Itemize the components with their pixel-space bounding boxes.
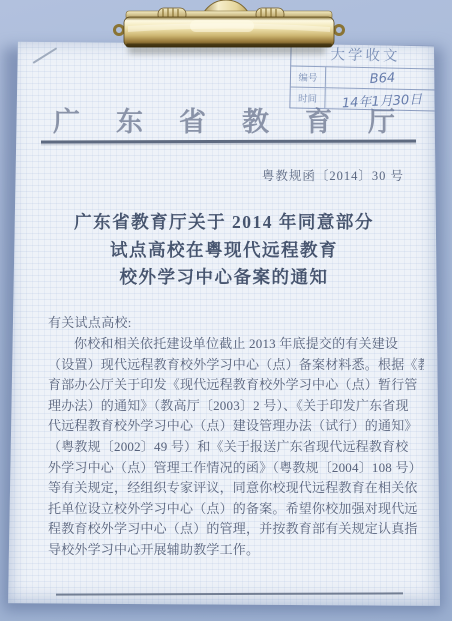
footer-line [56,592,403,595]
doc-number: 粤教规函〔2014〕30 号 [262,166,404,184]
body-line: 程教育校外学习中心（点）的管理，并按教育部有关规定认真指 [48,519,424,540]
salutation: 有关试点高校: [48,312,132,331]
notice-title: 广东省教育厅关于 2014 年同意部分 试点高校在粤现代远程教育 校外学习中心备… [8,209,440,292]
clip-eyelet-left [115,26,124,35]
body-paragraph: 你校和相关依托建设单位截止 2013 年底提交的有关建设 （设置）现代远程教育校… [48,334,424,561]
body-line: 你校和相关依托建设单位截止 2013 年底提交的有关建设 [48,334,424,355]
notice-title-line: 校外学习中心备案的通知 [8,264,440,292]
body-line: 外学习中心（点）管理工作情况的函》（粤教规〔2004〕108 号） [48,458,424,479]
header-divider-line [41,140,416,144]
notice-title-line: 试点高校在粤现代远程教育 [8,237,440,265]
clip-eyelet-right [335,26,344,35]
body-line: 托单位设立校外学习中心（点）的备案。希望你校加强对现代远 [48,499,424,520]
body-line: （粤教规〔2002〕49 号）和《关于报送广东省现代远程教育校 [48,437,424,458]
body-line: 育部办公厅关于印发《现代远程教育校外学习中心（点）暂行管 [48,375,424,396]
stamp-field-value: B64 [326,68,440,89]
stamp-field-value: 14年1月30日 [325,87,439,111]
document-paper: 广东省教育厅 粤教规函〔2014〕30 号 广东省教育厅关于 2014 年同意部… [8,40,440,606]
clipboard-clip-icon [112,0,346,54]
notice-title-line: 广东省教育厅关于 2014 年同意部分 [8,209,440,237]
pen-slash-mark [32,47,57,64]
body-line: 导校外学习中心开展辅助教学工作。 [48,540,424,561]
body-line: （设置）现代远程教育校外学习中心（点）备案材料悉。根据《教 [48,355,424,376]
stamp-field-label: 时间 [290,87,325,108]
clip-bottom-lip [126,44,332,48]
scene-background: 广东省教育厅 粤教规函〔2014〕30 号 广东省教育厅关于 2014 年同意部… [0,0,452,621]
stamp-field-label: 编号 [291,66,326,87]
body-line: 代远程教育校外学习中心（点）建设管理办法（试行）的通知》 [48,416,424,437]
body-line: 理办法）的通知》（教高厅〔2003〕2 号）、《关于印发广东省现 [48,396,424,417]
stamp-row: 时间 14年1月30日 [290,87,438,110]
body-line: 等有关规定，经组织专家评议，同意你校现代远程教育在相关依 [48,478,424,499]
